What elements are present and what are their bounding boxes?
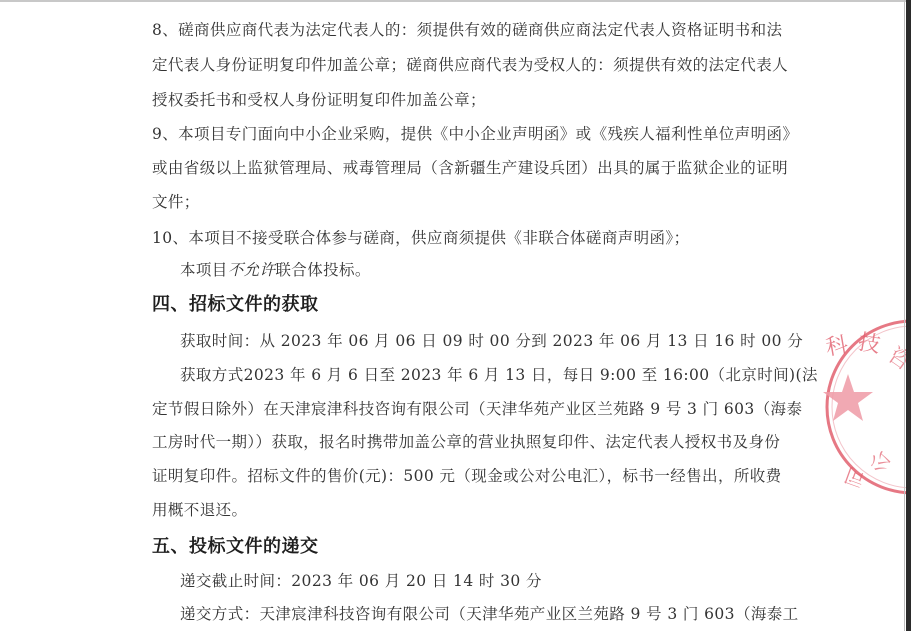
consortium-suffix: 联合体投标。	[275, 261, 370, 279]
acquisition-method-line-5: 用概不退还。	[152, 500, 247, 520]
consortium-emphasis: 不允许	[228, 261, 276, 279]
item-9-line-1: 9、本项目专门面向中小企业采购，提供《中小企业声明函》或《残疾人福利性单位声明函…	[152, 124, 798, 144]
acquisition-method-line-1: 获取方式2023 年 6 月 6 日至 2023 年 6 月 13 日，每日 9…	[180, 365, 818, 385]
consortium-prefix: 本项目	[180, 261, 228, 279]
item-8-line-2: 定代表人身份证明复印件加盖公章；磋商供应商代表为受权人的：须提供有效的法定代表人	[152, 55, 788, 75]
section-5-heading: 五、投标文件的递交	[152, 536, 319, 558]
acquisition-time: 获取时间：从 2023 年 06 月 06 日 09 时 00 分到 2023 …	[180, 331, 803, 351]
company-seal-stamp: 科 技 咨 司 公	[815, 312, 911, 502]
page-edge-line	[904, 0, 905, 631]
svg-text:技: 技	[856, 330, 882, 358]
item-9-line-2: 或由省级以上监狱管理局、戒毒管理局（含新疆生产建设兵团）出具的属于监狱企业的证明	[152, 158, 788, 178]
item-9-line-3: 文件；	[152, 192, 200, 212]
submission-method: 递交方式：天津宸津科技咨询有限公司（天津华苑产业区兰苑路 9 号 3 门 603…	[180, 604, 799, 624]
item-8-line-1: 8、磋商供应商代表为法定代表人的：须提供有效的磋商供应商法定代表人资格证明书和法	[152, 20, 782, 40]
acquisition-method-line-2: 定节假日除外）在天津宸津科技咨询有限公司（天津华苑产业区兰苑路 9 号 3 门 …	[152, 399, 802, 419]
svg-text:科: 科	[824, 333, 850, 361]
svg-text:公: 公	[865, 446, 896, 477]
submission-deadline: 递交截止时间：2023 年 06 月 20 日 14 时 30 分	[180, 571, 542, 591]
consortium-note: 本项目不允许联合体投标。	[180, 260, 371, 280]
document-page: 8、磋商供应商代表为法定代表人的：须提供有效的磋商供应商法定代表人资格证明书和法…	[0, 0, 904, 631]
acquisition-method-line-4: 证明复印件。招标文件的售价(元)：500 元（现金或公对公电汇），标书一经售出，…	[152, 466, 782, 486]
seal-star-icon	[823, 374, 873, 421]
viewer-scrollbar-edge[interactable]	[906, 0, 911, 631]
section-4-heading: 四、招标文件的获取	[152, 294, 319, 316]
acquisition-method-line-3: 工房时代一期））获取，报名时携带加盖公章的营业执照复印件、法定代表人授权书及身份	[152, 432, 780, 452]
item-10-line-1: 10、本项目不接受联合体参与磋商，供应商须提供《非联合体磋商声明函》；	[152, 228, 689, 248]
svg-text:司: 司	[841, 462, 868, 491]
item-8-line-3: 授权委托书和受权人身份证明复印件加盖公章；	[152, 90, 486, 110]
